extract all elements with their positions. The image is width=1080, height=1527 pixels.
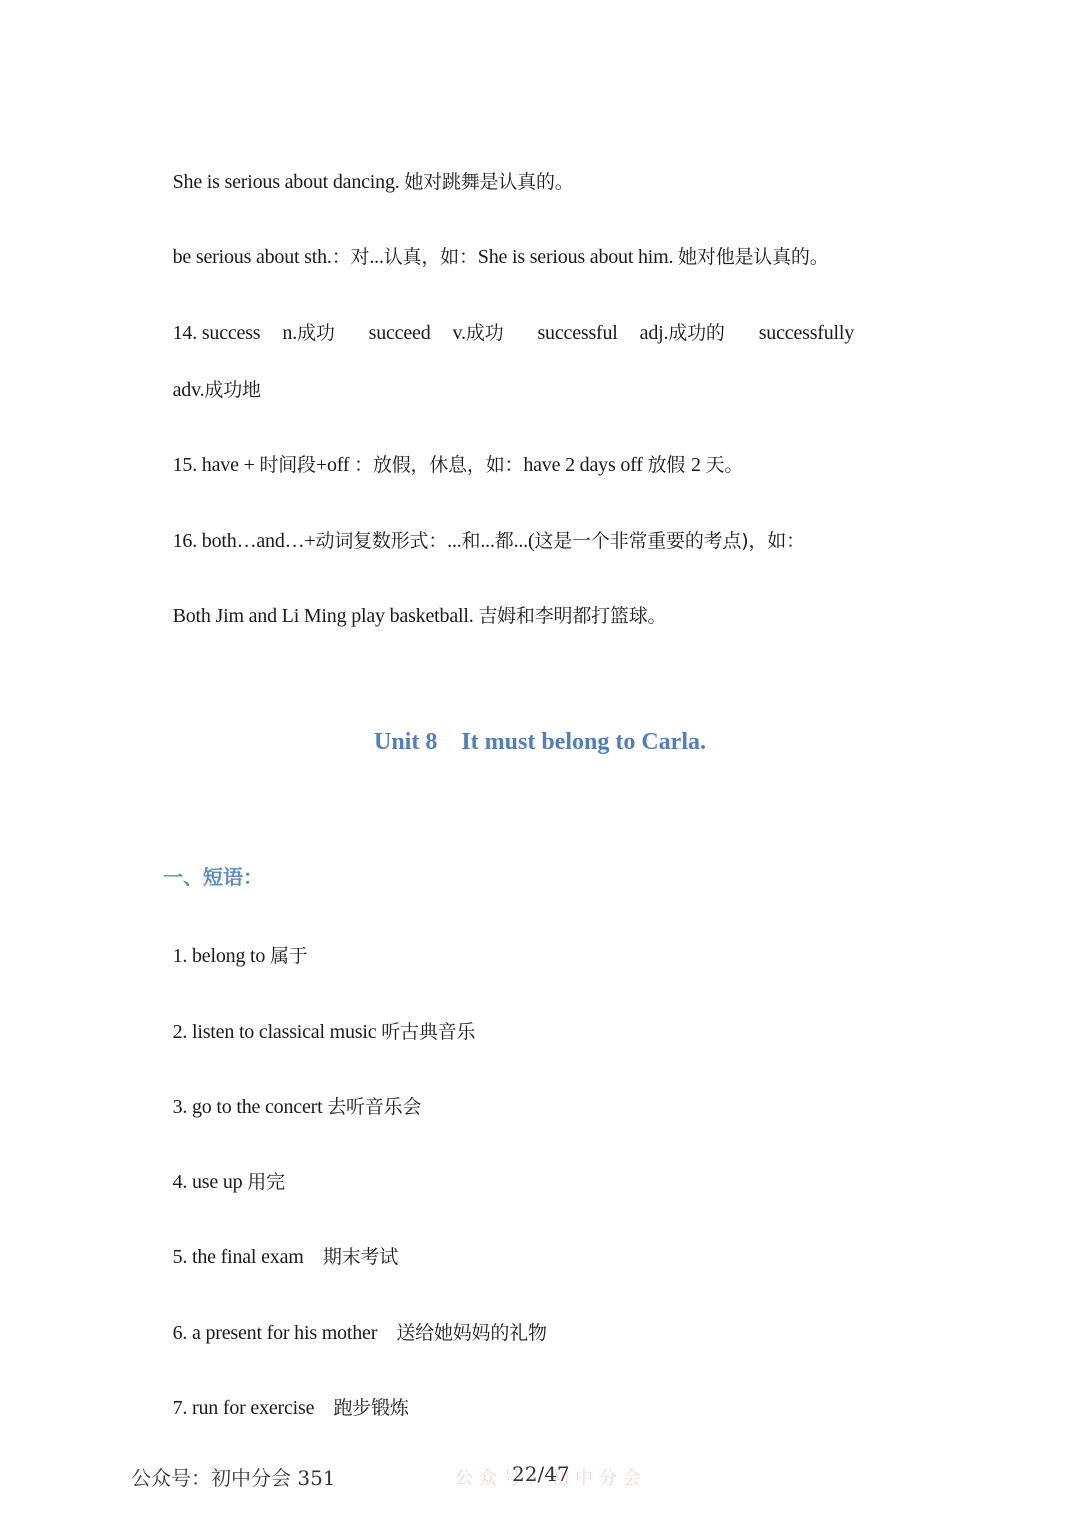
- phrase-item: 2. listen to classical music 听古典音乐: [163, 996, 475, 1044]
- phrase-english: 4. use up: [173, 1171, 248, 1193]
- ellipsis-3: ...(: [514, 530, 535, 552]
- phrase-chinese: 属于: [270, 945, 308, 967]
- phrase-chinese: 用完: [247, 1171, 285, 1193]
- item-16-both-and: 16. both…and…+动词复数形式：...和...都...(这是一个非常重…: [163, 505, 805, 553]
- phrase-be-serious-about: be serious about sth.：对...认真，如：She is se…: [163, 221, 829, 269]
- phrase-both-and: 16. both…and…+: [173, 530, 316, 552]
- example-sentence-basketball: Both Jim and Li Ming play basketball. 吉姆…: [163, 580, 666, 628]
- item-number: 14.: [173, 322, 202, 344]
- chinese-meaning: 认真，如：: [384, 246, 478, 268]
- both-zh: 都: [495, 530, 514, 552]
- phrase-chinese: 跑步锻炼: [334, 1397, 409, 1419]
- meaning-adj: 成功的: [668, 322, 724, 344]
- meaning-verb: 成功: [466, 322, 504, 344]
- example-english: have 2 days off: [523, 454, 647, 476]
- example-number: 2: [691, 454, 706, 476]
- example-chinese-2: 天。: [706, 454, 744, 476]
- item-14-adverb: adv.成功地: [163, 354, 261, 402]
- phrase-off: +off: [316, 454, 354, 476]
- footer-account-label: 公众号：初中分会 351: [131, 1462, 336, 1491]
- item-15-have-off: 15. have + 时间段+off ：放假，休息，如：have 2 days …: [163, 429, 743, 477]
- word-success: success: [202, 322, 261, 344]
- phrase-item: 7. run for exercise 跑步锻炼: [163, 1372, 409, 1420]
- phrase-item: 4. use up 用完: [163, 1146, 285, 1194]
- chinese-colon: ：对: [332, 246, 370, 268]
- for-example: )，如：: [741, 530, 805, 552]
- english-text: Both Jim and Li Ming play basketball.: [173, 605, 479, 627]
- phrase-english: 5. the final exam: [173, 1246, 323, 1268]
- item-14-word-forms: 14. successn.成功succeedv.成功successfuladj.…: [163, 297, 854, 345]
- phrase-english: 1. belong to: [173, 945, 270, 967]
- pos-adv: adv.: [173, 379, 205, 401]
- ellipsis-1: ...: [447, 530, 461, 552]
- and-zh: 和: [462, 530, 481, 552]
- phrase-start: 15. have +: [173, 454, 260, 476]
- phrase-item: 3. go to the concert 去听音乐会: [163, 1071, 421, 1119]
- meaning-noun: 成功: [297, 322, 335, 344]
- phrase-chinese: 期末考试: [323, 1246, 398, 1268]
- ellipsis: ...: [369, 246, 383, 268]
- meaning: ：放假，休息，如：: [354, 454, 523, 476]
- example-english: She is serious about him.: [478, 246, 678, 268]
- section-heading-phrases: 一、短语：: [163, 861, 263, 890]
- pos-verb: v.: [453, 322, 466, 344]
- meaning-adv: 成功地: [204, 379, 260, 401]
- pos-noun: n.: [282, 322, 297, 344]
- phrase-chinese: 去听音乐会: [327, 1096, 421, 1118]
- pos-adj: adj.: [640, 322, 669, 344]
- phrase-english: 6. a present for his mother: [173, 1322, 397, 1344]
- example-sentence-dancing: She is serious about dancing. 她对跳舞是认真的。: [163, 146, 574, 194]
- verb-plural-form: 动词复数形式：: [316, 530, 448, 552]
- word-successful: successful: [537, 322, 617, 344]
- important-note: 这是一个非常重要的考点: [534, 530, 741, 552]
- chinese-translation: 她对跳舞是认真的。: [404, 171, 573, 193]
- english-text: She is serious about dancing.: [173, 171, 405, 193]
- word-successfully: successfully: [759, 322, 854, 344]
- english-phrase: be serious about sth.: [173, 246, 332, 268]
- ellipsis-2: ...: [480, 530, 494, 552]
- phrase-item: 1. belong to 属于: [163, 920, 308, 968]
- phrase-chinese: 送给她妈妈的礼物: [396, 1322, 546, 1344]
- phrase-english: 3. go to the concert: [173, 1096, 328, 1118]
- phrase-item: 5. the final exam 期末考试: [163, 1221, 398, 1269]
- chinese-translation: 吉姆和李明都打篮球。: [478, 605, 666, 627]
- phrase-english: 7. run for exercise: [173, 1397, 334, 1419]
- unit-title: Unit 8 It must belong to Carla.: [0, 729, 1080, 756]
- word-succeed: succeed: [369, 322, 431, 344]
- page-number: 22/47: [512, 1462, 570, 1486]
- example-chinese: 她对他是认真的。: [678, 246, 828, 268]
- time-period: 时间段: [259, 454, 315, 476]
- example-chinese-1: 放假: [648, 454, 691, 476]
- phrase-english: 2. listen to classical music: [173, 1021, 382, 1043]
- phrase-chinese: 听古典音乐: [381, 1021, 475, 1043]
- phrase-item: 6. a present for his mother 送给她妈妈的礼物: [163, 1297, 547, 1345]
